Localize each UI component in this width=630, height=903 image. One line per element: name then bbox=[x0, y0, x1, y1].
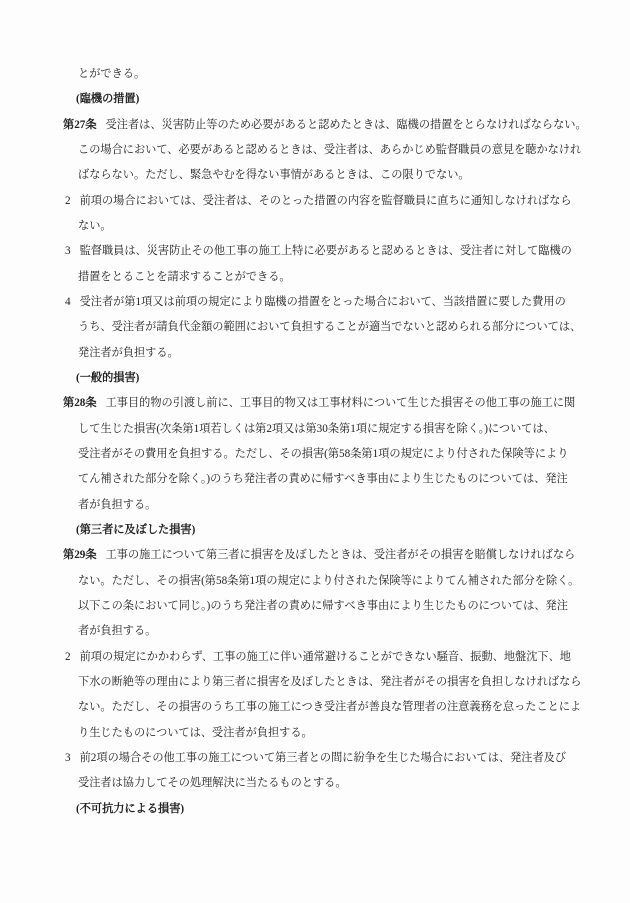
section-heading-daisansha-songai: (第三者に及ぼした損害) bbox=[63, 518, 573, 543]
line-text: 前項の規定にかかわらず、工事の施工に伴い通常避けることができない騒音、振動、地盤… bbox=[80, 651, 571, 663]
contract-text-block: とができる。 (臨機の措置) 第27条受注者は、災害防止等のため必要があると認め… bbox=[63, 62, 573, 822]
article-28-line: 第28条工事目的物の引渡し前に、工事目的物又は工事材料について生じた損害その他工… bbox=[63, 391, 573, 416]
body-line: ない。ただし、その損害のうち工事の施工につき受注者が善良な管理者の注意義務を怠っ… bbox=[63, 695, 573, 720]
line-text: 前項の場合においては、受注者は、そのとった措置の内容を監督職員に直ちに通知しなけ… bbox=[80, 195, 572, 207]
line-text: 者が負担する。 bbox=[78, 499, 156, 511]
heading-text: (不可抗力による損害) bbox=[76, 803, 184, 815]
section-heading-fukakoryoku-songai: (不可抗力による損害) bbox=[63, 797, 573, 822]
line-text: ばならない。ただし、緊急やむを得ない事情があるときは、この限りでない。 bbox=[78, 169, 470, 181]
line-text: ない。ただし、その損害のうち工事の施工につき受注者が善良な管理者の注意義務を怠っ… bbox=[78, 701, 581, 713]
article-number: 第29条 bbox=[63, 549, 97, 561]
body-line: 受注者は協力してその処理解決に当たるものとする。 bbox=[63, 771, 573, 796]
line-text: 受注者は、災害防止等のため必要があると認めたときは、臨機の措置をとらなければなら… bbox=[106, 119, 587, 131]
article-29-line: 第29条工事の施工について第三者に損害を及ぼしたときは、受注者がその損害を賠償し… bbox=[63, 543, 573, 568]
line-text: 受注者は協力してその処理解決に当たるものとする。 bbox=[78, 777, 347, 789]
line-text: てん補された部分を除く。)のうち発注者の責めに帰すべき事由により生じたものについ… bbox=[78, 473, 568, 485]
body-line: 受注者がその費用を負担する。ただし、その損害(第58条第1項の規定により付された… bbox=[63, 442, 573, 467]
line-text: ない。ただし、その損害(第58条第1項の規定により付された保険等によりてん補され… bbox=[78, 575, 579, 587]
body-line: 以下この条において同じ。)のうち発注者の責めに帰すべき事由により生じたものについ… bbox=[63, 594, 573, 619]
body-line: ない。ただし、その損害(第58条第1項の規定により付された保険等によりてん補され… bbox=[63, 569, 573, 594]
paragraph-number: 3 bbox=[65, 752, 71, 764]
heading-text: (臨機の措置) bbox=[76, 93, 139, 105]
paragraph-2-line: 2前項の規定にかかわらず、工事の施工に伴い通常避けることができない騒音、振動、地… bbox=[63, 645, 573, 670]
body-line: 発注者が負担する。 bbox=[63, 341, 573, 366]
line-text: り生じたものについては、受注者が負担する。 bbox=[78, 727, 313, 739]
section-heading-rinki-no-sochi: (臨機の措置) bbox=[63, 87, 573, 112]
paragraph-3-line: 3監督職員は、災害防止その他工事の施工上特に必要があると認めるときは、受注者に対… bbox=[63, 239, 573, 264]
body-line: 者が負担する。 bbox=[63, 619, 573, 644]
line-text: 措置をとることを請求することができる。 bbox=[78, 271, 291, 283]
line-text: うち、受注者が請負代金額の範囲において負担することが適当でないと認められる部分に… bbox=[78, 321, 581, 333]
line-text: して生じた損害(次条第1項若しくは第2項又は第30条第1項に規定する損害を除く。… bbox=[78, 423, 555, 435]
section-heading-ippanteki-songai: (一般的損害) bbox=[63, 366, 573, 391]
line-text: 工事の施工について第三者に損害を及ぼしたときは、受注者がその損害を賠償しなければ… bbox=[106, 549, 576, 561]
paragraph-number: 2 bbox=[65, 195, 71, 207]
paragraph-number: 2 bbox=[65, 651, 71, 663]
line-text: とができる。 bbox=[78, 68, 145, 80]
body-line: この場合において、必要があると認めるときは、受注者は、あらかじめ監督職員の意見を… bbox=[63, 138, 573, 163]
paragraph-2-line: 2前項の場合においては、受注者は、そのとった措置の内容を監督職員に直ちに通知しな… bbox=[63, 189, 573, 214]
body-line: 者が負担する。 bbox=[63, 493, 573, 518]
body-line: ばならない。ただし、緊急やむを得ない事情があるときは、この限りでない。 bbox=[63, 163, 573, 188]
line-text: 監督職員は、災害防止その他工事の施工上特に必要があると認めるときは、受注者に対し… bbox=[80, 245, 572, 257]
paragraph-3-line: 3前2項の場合その他工事の施工について第三者との間に紛争を生じた場合においては、… bbox=[63, 746, 573, 771]
body-line: てん補された部分を除く。)のうち発注者の責めに帰すべき事由により生じたものについ… bbox=[63, 467, 573, 492]
line-text: 前2項の場合その他工事の施工について第三者との間に紛争を生じた場合においては、発… bbox=[80, 752, 566, 764]
paragraph-number: 4 bbox=[65, 296, 71, 308]
paragraph-number: 3 bbox=[65, 245, 71, 257]
paragraph-4-line: 4受注者が第1項又は前項の規定により臨機の措置をとった場合において、当該措置に要… bbox=[63, 290, 573, 315]
line-text: 受注者がその費用を負担する。ただし、その損害(第58条第1項の規定により付された… bbox=[78, 448, 568, 460]
line-text: 者が負担する。 bbox=[78, 625, 156, 637]
line-text: 工事目的物の引渡し前に、工事目的物又は工事材料について生じた損害その他工事の施工… bbox=[106, 397, 576, 409]
line-text: 以下この条において同じ。)のうち発注者の責めに帰すべき事由により生じたものについ… bbox=[78, 600, 568, 612]
body-line: とができる。 bbox=[63, 62, 573, 87]
line-text: この場合において、必要があると認めるときは、受注者は、あらかじめ監督職員の意見を… bbox=[78, 144, 581, 156]
heading-text: (一般的損害) bbox=[76, 372, 139, 384]
line-text: 下水の断絶等の理由により第三者に損害を及ぼしたときは、発注者がその損害を負担しな… bbox=[78, 676, 581, 688]
body-line: 措置をとることを請求することができる。 bbox=[63, 265, 573, 290]
body-line: うち、受注者が請負代金額の範囲において負担することが適当でないと認められる部分に… bbox=[63, 315, 573, 340]
article-27-line: 第27条受注者は、災害防止等のため必要があると認めたときは、臨機の措置をとらなけ… bbox=[63, 113, 573, 138]
line-text: ない。 bbox=[78, 220, 112, 232]
line-text: 受注者が第1項又は前項の規定により臨機の措置をとった場合において、当該措置に要し… bbox=[80, 296, 566, 308]
body-line: 下水の断絶等の理由により第三者に損害を及ぼしたときは、発注者がその損害を負担しな… bbox=[63, 670, 573, 695]
article-number: 第28条 bbox=[63, 397, 97, 409]
body-line: り生じたものについては、受注者が負担する。 bbox=[63, 721, 573, 746]
article-number: 第27条 bbox=[63, 119, 97, 131]
body-line: ない。 bbox=[63, 214, 573, 239]
document-page: とができる。 (臨機の措置) 第27条受注者は、災害防止等のため必要があると認め… bbox=[0, 0, 630, 903]
heading-text: (第三者に及ぼした損害) bbox=[76, 524, 195, 536]
line-text: 発注者が負担する。 bbox=[78, 347, 179, 359]
body-line: して生じた損害(次条第1項若しくは第2項又は第30条第1項に規定する損害を除く。… bbox=[63, 417, 573, 442]
